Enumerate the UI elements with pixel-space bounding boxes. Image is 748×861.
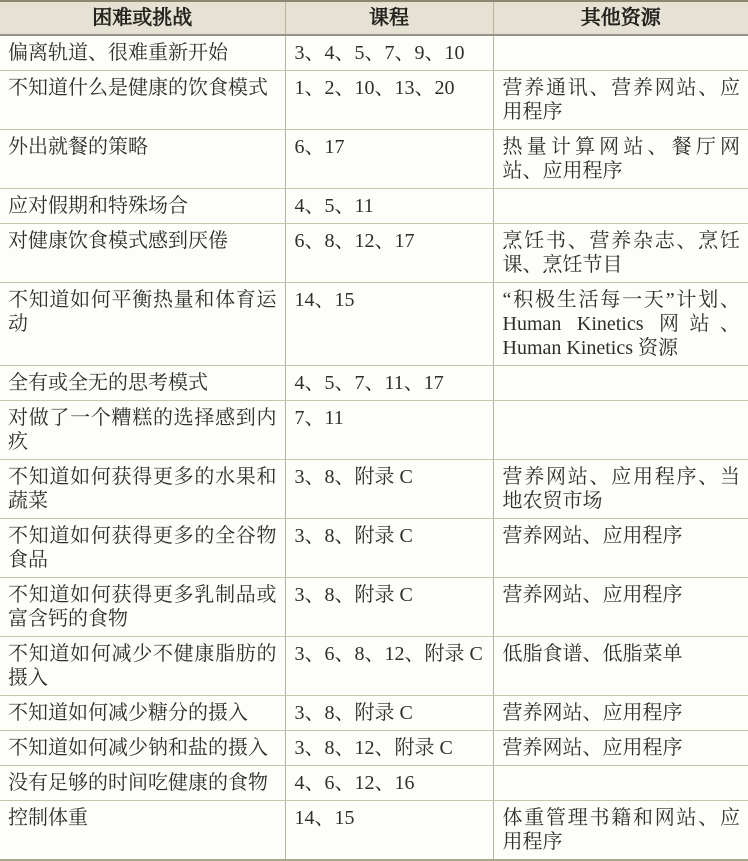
resources-cell: 营养通讯、营养网站、应用程序 <box>493 71 748 130</box>
table-row: 不知道如何减少糖分的摄入3、8、附录 C营养网站、应用程序 <box>0 696 748 731</box>
header-courses: 课程 <box>285 1 493 35</box>
courses-cell: 1、2、10、13、20 <box>285 71 493 130</box>
resources-cell: 体重管理书籍和网站、应用程序 <box>493 801 748 861</box>
challenge-cell: 控制体重 <box>0 801 285 861</box>
table-row: 不知道如何获得更多的全谷物食品3、8、附录 C营养网站、应用程序 <box>0 519 748 578</box>
courses-cell: 4、6、12、16 <box>285 766 493 801</box>
resources-cell: 烹饪书、营养杂志、烹饪课、烹饪节目 <box>493 224 748 283</box>
courses-cell: 3、8、附录 C <box>285 696 493 731</box>
table-row: 全有或全无的思考模式4、5、7、11、17 <box>0 366 748 401</box>
resources-cell <box>493 766 748 801</box>
challenge-cell: 不知道如何减少不健康脂肪的摄入 <box>0 637 285 696</box>
table-row: 不知道如何减少不健康脂肪的摄入3、6、8、12、附录 C低脂食谱、低脂菜单 <box>0 637 748 696</box>
courses-cell: 4、5、7、11、17 <box>285 366 493 401</box>
challenge-cell: 不知道如何减少钠和盐的摄入 <box>0 731 285 766</box>
challenges-resources-table: 困难或挑战 课程 其他资源 偏离轨道、很难重新开始3、4、5、7、9、10不知道… <box>0 0 748 861</box>
challenge-cell: 应对假期和特殊场合 <box>0 189 285 224</box>
table-header: 困难或挑战 课程 其他资源 <box>0 1 748 35</box>
header-row: 困难或挑战 课程 其他资源 <box>0 1 748 35</box>
header-challenge: 困难或挑战 <box>0 1 285 35</box>
challenge-cell: 没有足够的时间吃健康的食物 <box>0 766 285 801</box>
resources-cell: 营养网站、应用程序 <box>493 696 748 731</box>
courses-cell: 3、8、12、附录 C <box>285 731 493 766</box>
table-row: 对做了一个糟糕的选择感到内疚7、11 <box>0 401 748 460</box>
table-row: 偏离轨道、很难重新开始3、4、5、7、9、10 <box>0 35 748 71</box>
courses-cell: 3、4、5、7、9、10 <box>285 35 493 71</box>
table-row: 不知道如何获得更多乳制品或富含钙的食物3、8、附录 C营养网站、应用程序 <box>0 578 748 637</box>
resources-cell: “积极生活每一天”计划、Human Kinetics 网站、Human Kine… <box>493 283 748 366</box>
courses-cell: 3、8、附录 C <box>285 519 493 578</box>
table-row: 不知道什么是健康的饮食模式1、2、10、13、20营养通讯、营养网站、应用程序 <box>0 71 748 130</box>
challenge-cell: 不知道如何获得更多的水果和蔬菜 <box>0 460 285 519</box>
challenge-cell: 对做了一个糟糕的选择感到内疚 <box>0 401 285 460</box>
courses-cell: 14、15 <box>285 283 493 366</box>
courses-cell: 6、17 <box>285 130 493 189</box>
table-row: 没有足够的时间吃健康的食物4、6、12、16 <box>0 766 748 801</box>
challenge-cell: 不知道如何获得更多的全谷物食品 <box>0 519 285 578</box>
challenge-cell: 不知道如何获得更多乳制品或富含钙的食物 <box>0 578 285 637</box>
table-row: 不知道如何获得更多的水果和蔬菜3、8、附录 C营养网站、应用程序、当地农贸市场 <box>0 460 748 519</box>
resources-cell: 低脂食谱、低脂菜单 <box>493 637 748 696</box>
resources-cell <box>493 366 748 401</box>
courses-cell: 3、6、8、12、附录 C <box>285 637 493 696</box>
courses-cell: 4、5、11 <box>285 189 493 224</box>
table-row: 不知道如何平衡热量和体育运动14、15“积极生活每一天”计划、Human Kin… <box>0 283 748 366</box>
resources-cell <box>493 189 748 224</box>
courses-cell: 7、11 <box>285 401 493 460</box>
challenge-cell: 全有或全无的思考模式 <box>0 366 285 401</box>
courses-cell: 14、15 <box>285 801 493 861</box>
challenge-cell: 对健康饮食模式感到厌倦 <box>0 224 285 283</box>
table-row: 外出就餐的策略6、17热量计算网站、餐厅网站、应用程序 <box>0 130 748 189</box>
courses-cell: 6、8、12、17 <box>285 224 493 283</box>
resources-cell <box>493 401 748 460</box>
challenge-cell: 不知道如何减少糖分的摄入 <box>0 696 285 731</box>
courses-cell: 3、8、附录 C <box>285 460 493 519</box>
table-body: 偏离轨道、很难重新开始3、4、5、7、9、10不知道什么是健康的饮食模式1、2、… <box>0 35 748 860</box>
resources-cell: 营养网站、应用程序 <box>493 578 748 637</box>
resources-cell: 热量计算网站、餐厅网站、应用程序 <box>493 130 748 189</box>
challenge-cell: 不知道如何平衡热量和体育运动 <box>0 283 285 366</box>
challenge-cell: 不知道什么是健康的饮食模式 <box>0 71 285 130</box>
challenge-cell: 偏离轨道、很难重新开始 <box>0 35 285 71</box>
resources-cell: 营养网站、应用程序、当地农贸市场 <box>493 460 748 519</box>
header-resources: 其他资源 <box>493 1 748 35</box>
courses-cell: 3、8、附录 C <box>285 578 493 637</box>
scanned-page: 困难或挑战 课程 其他资源 偏离轨道、很难重新开始3、4、5、7、9、10不知道… <box>0 0 748 861</box>
table-row: 控制体重14、15体重管理书籍和网站、应用程序 <box>0 801 748 861</box>
table-row: 对健康饮食模式感到厌倦6、8、12、17烹饪书、营养杂志、烹饪课、烹饪节目 <box>0 224 748 283</box>
resources-cell <box>493 35 748 71</box>
challenge-cell: 外出就餐的策略 <box>0 130 285 189</box>
table-row: 不知道如何减少钠和盐的摄入3、8、12、附录 C营养网站、应用程序 <box>0 731 748 766</box>
table-row: 应对假期和特殊场合4、5、11 <box>0 189 748 224</box>
resources-cell: 营养网站、应用程序 <box>493 731 748 766</box>
resources-cell: 营养网站、应用程序 <box>493 519 748 578</box>
